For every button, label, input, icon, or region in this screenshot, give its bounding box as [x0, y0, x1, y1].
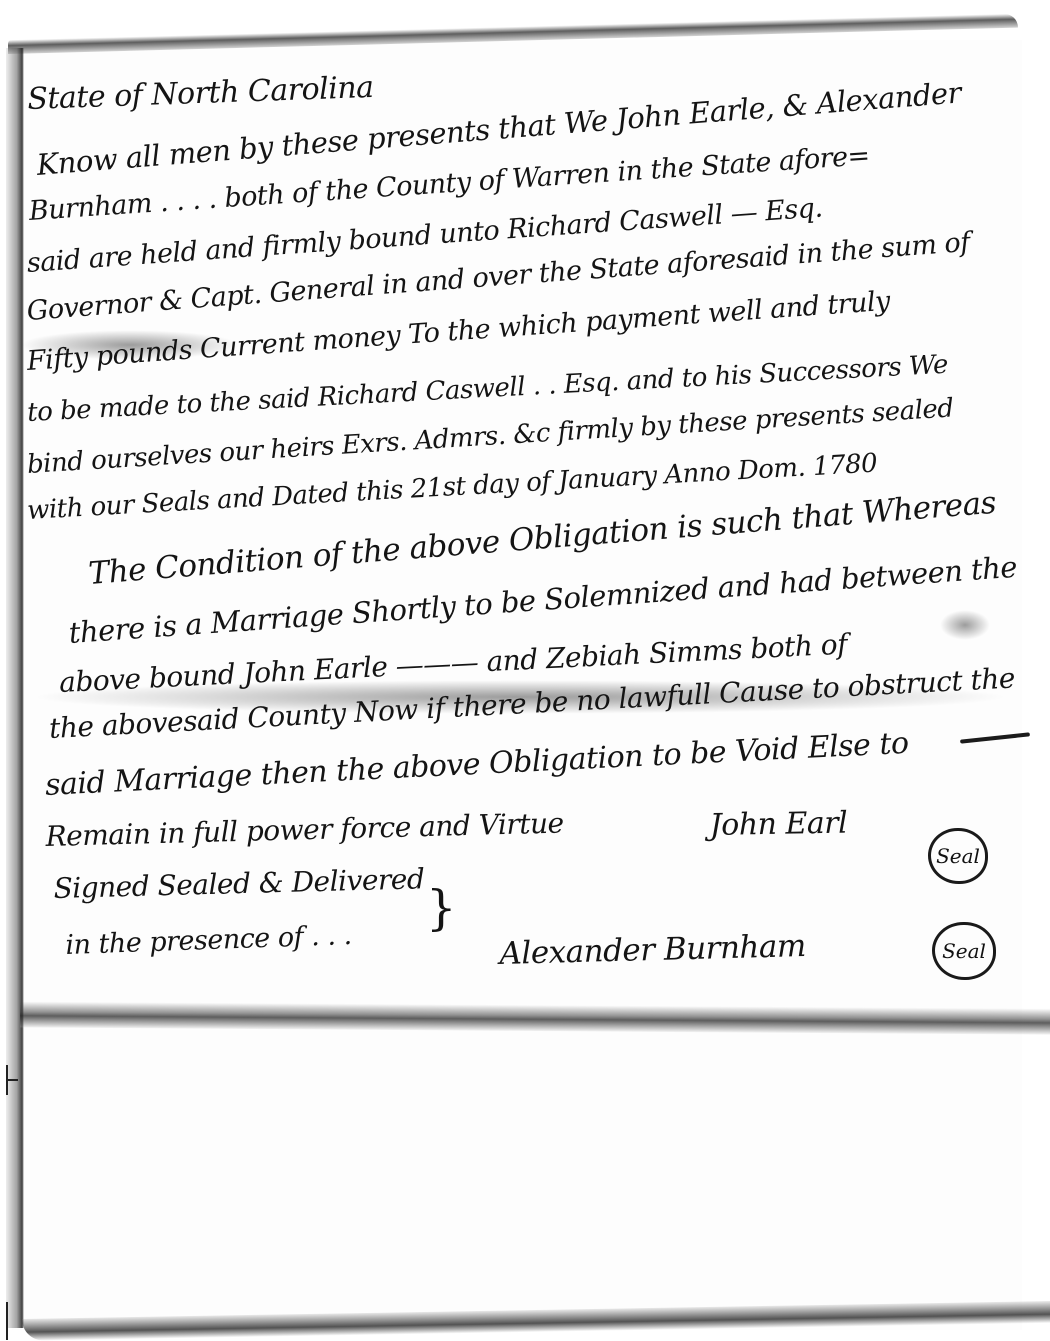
- margin-mark: [6, 1302, 8, 1340]
- page-left-edge: [6, 48, 24, 1328]
- seal-alexander-burnham: Seal: [932, 922, 996, 980]
- seal-john-earl: Seal: [928, 828, 988, 884]
- margin-mark: [6, 1079, 18, 1081]
- ink-smudge: [940, 610, 990, 640]
- signature-john-earl: John Earl: [709, 806, 847, 843]
- witness-brace: }: [426, 880, 457, 936]
- seal-label: Seal: [942, 939, 986, 963]
- seal-label: Seal: [936, 844, 980, 868]
